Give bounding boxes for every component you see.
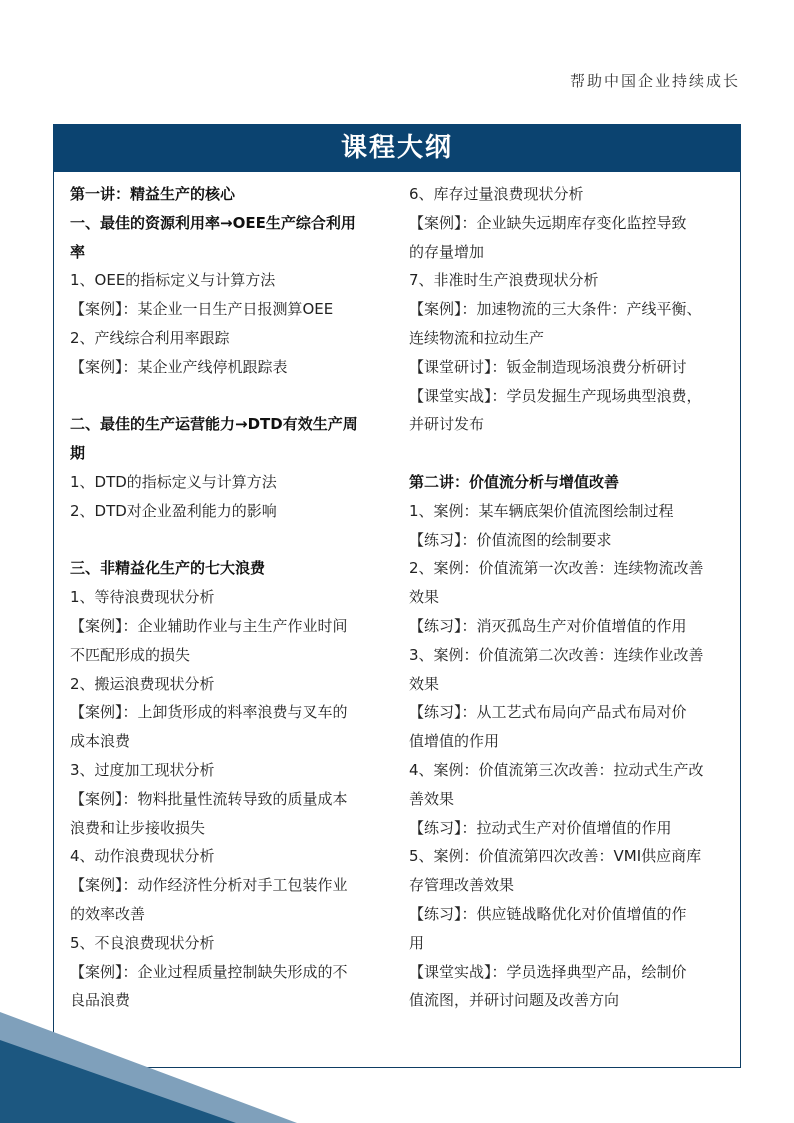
outline-item: 1、OEE的指标定义与计算方法 (70, 266, 392, 295)
outline-item: 4、动作浪费现状分析 (70, 842, 392, 871)
page-title: 课程大纲 (53, 124, 741, 172)
outline-item: 【练习】：价值流图的绘制要求 (409, 526, 731, 555)
outline-item: 6、库存过量浪费现状分析 (409, 180, 731, 209)
outline-item: 值增值的作用 (409, 727, 731, 756)
outline-item: 【案例】：上卸货形成的料率浪费与叉车的 (70, 698, 392, 727)
spacer (70, 382, 392, 411)
outline-item: 【课堂实战】：学员选择典型产品，绘制价 (409, 958, 731, 987)
outline-item: 值流图，并研讨问题及改善方向 (409, 986, 731, 1015)
outline-item: 存管理改善效果 (409, 871, 731, 900)
outline-item: 2、搬运浪费现状分析 (70, 670, 392, 699)
outline-item: 良品浪费 (70, 986, 392, 1015)
outline-item: 7、非准时生产浪费现状分析 (409, 266, 731, 295)
outline-item: 【练习】：拉动式生产对价值增值的作用 (409, 814, 731, 843)
left-column: 第一讲：精益生产的核心一、最佳的资源利用率→OEE生产综合利用率1、OEE的指标… (70, 180, 392, 1015)
outline-item: 并研讨发布 (409, 410, 731, 439)
outline-item: 善效果 (409, 785, 731, 814)
outline-item: 1、DTD的指标定义与计算方法 (70, 468, 392, 497)
outline-item: 【案例】：加速物流的三大条件：产线平衡、 (409, 295, 731, 324)
spacer (70, 526, 392, 555)
section-heading: 第二讲：价值流分析与增值改善 (409, 468, 731, 497)
section-heading: 第一讲：精益生产的核心 (70, 180, 392, 209)
section-heading: 一、最佳的资源利用率→OEE生产综合利用 (70, 209, 392, 238)
outline-item: 【案例】：某企业产线停机跟踪表 (70, 353, 392, 382)
outline-item: 浪费和让步接收损失 (70, 814, 392, 843)
outline-item: 2、案例：价值流第一次改善：连续物流改善 (409, 554, 731, 583)
outline-item: 的效率改善 (70, 900, 392, 929)
outline-item: 的存量增加 (409, 238, 731, 267)
outline-item: 【课堂研讨】：钣金制造现场浪费分析研讨 (409, 353, 731, 382)
section-heading: 二、最佳的生产运营能力→DTD有效生产周 (70, 410, 392, 439)
outline-item: 3、过度加工现状分析 (70, 756, 392, 785)
outline-item: 4、案例：价值流第三次改善：拉动式生产改 (409, 756, 731, 785)
outline-item: 【案例】：动作经济性分析对手工包装作业 (70, 871, 392, 900)
outline-item: 连续物流和拉动生产 (409, 324, 731, 353)
outline-item: 【练习】：从工艺式布局向产品式布局对价 (409, 698, 731, 727)
section-heading: 期 (70, 439, 392, 468)
spacer (409, 439, 731, 468)
outline-item: 用 (409, 929, 731, 958)
outline-item: 【课堂实战】：学员发掘生产现场典型浪费， (409, 382, 731, 411)
section-heading: 三、非精益化生产的七大浪费 (70, 554, 392, 583)
outline-item: 成本浪费 (70, 727, 392, 756)
outline-item: 2、DTD对企业盈利能力的影响 (70, 497, 392, 526)
outline-item: 不匹配形成的损失 (70, 641, 392, 670)
header-slogan: 帮助中国企业持续成长 (570, 70, 740, 91)
decorative-triangle-dark (0, 1040, 236, 1123)
section-heading: 率 (70, 238, 392, 267)
outline-item: 【案例】：某企业一日生产日报测算OEE (70, 295, 392, 324)
outline-item: 【案例】：企业缺失远期库存变化监控导致 (409, 209, 731, 238)
outline-item: 1、等待浪费现状分析 (70, 583, 392, 612)
outline-item: 5、不良浪费现状分析 (70, 929, 392, 958)
outline-item: 效果 (409, 670, 731, 699)
outline-item: 【案例】：企业过程质量控制缺失形成的不 (70, 958, 392, 987)
outline-item: 3、案例：价值流第二次改善：连续作业改善 (409, 641, 731, 670)
outline-item: 2、产线综合利用率跟踪 (70, 324, 392, 353)
outline-item: 【案例】：企业辅助作业与主生产作业时间 (70, 612, 392, 641)
outline-item: 【练习】：供应链战略优化对价值增值的作 (409, 900, 731, 929)
outline-item: 【案例】：物料批量性流转导致的质量成本 (70, 785, 392, 814)
right-column: 6、库存过量浪费现状分析【案例】：企业缺失远期库存变化监控导致的存量增加7、非准… (409, 180, 731, 1015)
outline-item: 5、案例：价值流第四次改善：VMI供应商库 (409, 842, 731, 871)
outline-item: 1、案例：某车辆底架价值流图绘制过程 (409, 497, 731, 526)
outline-item: 【练习】：消灭孤岛生产对价值增值的作用 (409, 612, 731, 641)
outline-item: 效果 (409, 583, 731, 612)
